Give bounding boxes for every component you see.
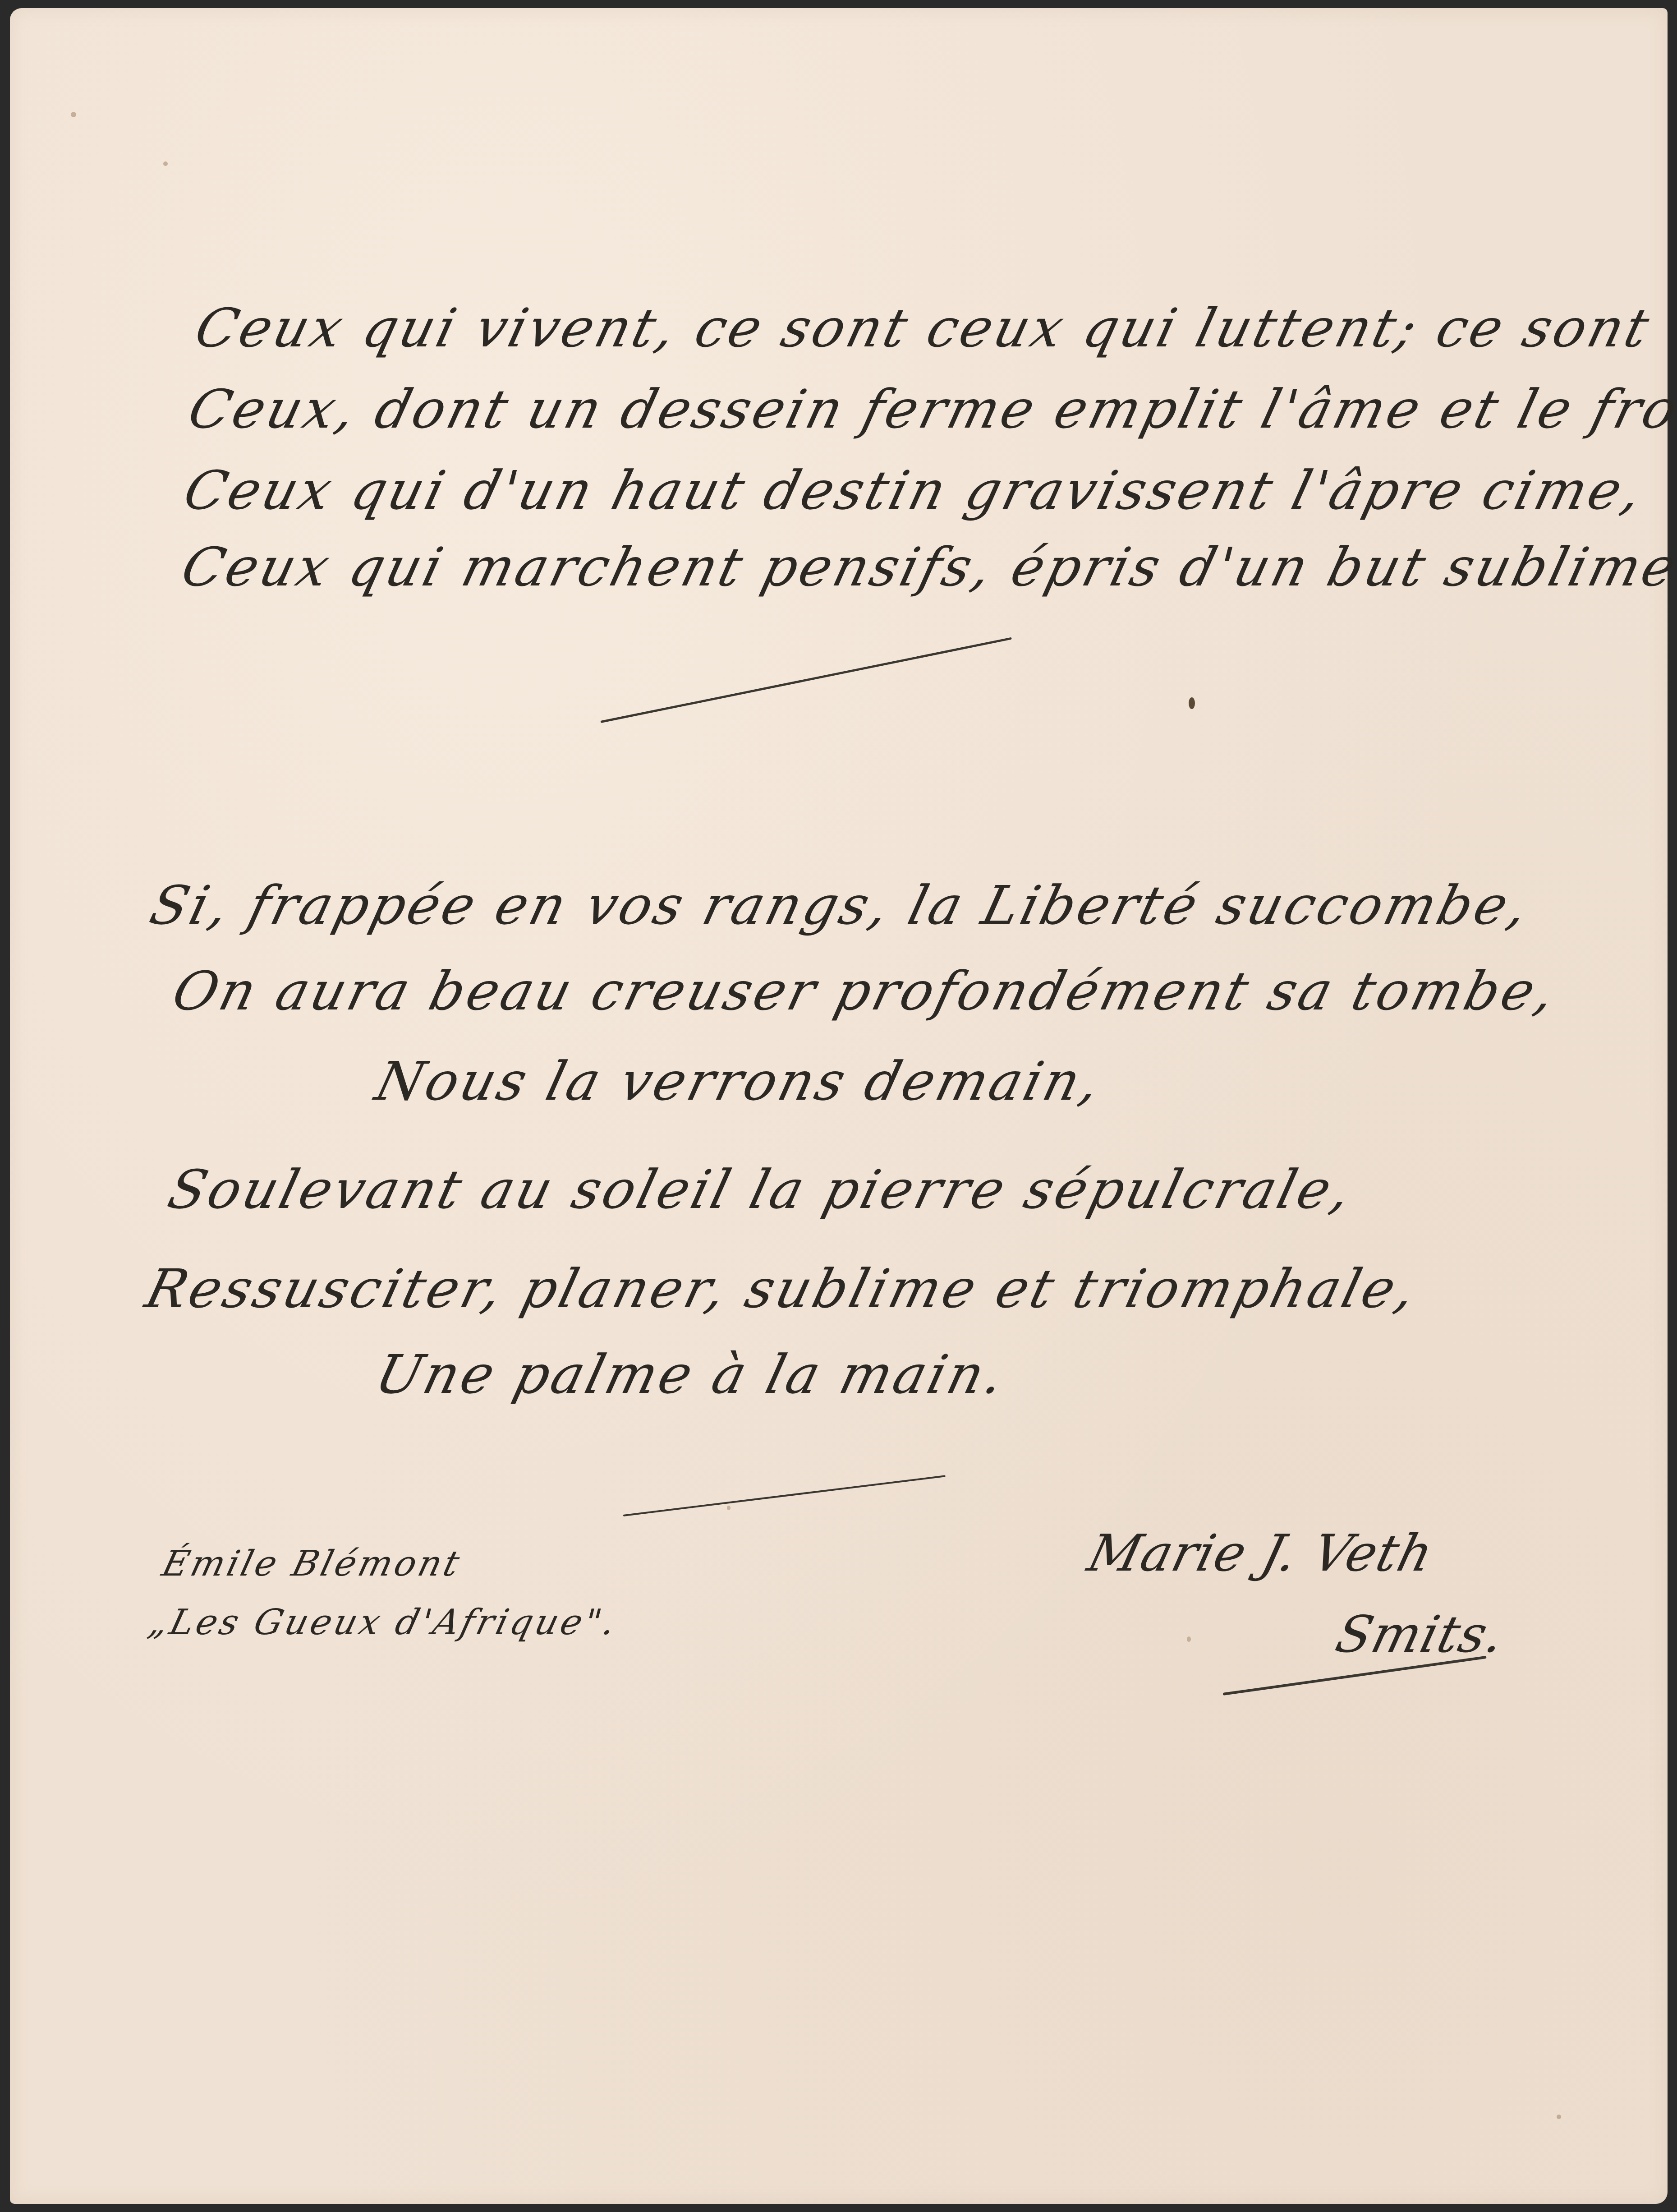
poem-line-3: Ceux qui d'un haut destin gravissent l'â… xyxy=(179,464,1649,517)
foxing-spot xyxy=(163,161,168,166)
poem-line-7: Nous la verrons demain, xyxy=(371,1055,1108,1108)
poem-line-2: Ceux, dont un dessein ferme emplit l'âme… xyxy=(184,382,1677,436)
signature-surname: Smits. xyxy=(1331,1609,1510,1660)
source-title: „Les Gueux d'Afrique". xyxy=(145,1605,622,1640)
foxing-spot xyxy=(727,1506,731,1510)
poem-line-10: Une palme à la main. xyxy=(371,1348,1012,1401)
paper-sheet: Ceux qui vivent, ce sont ceux qui lutten… xyxy=(10,8,1668,2204)
signature-name: Marie J. Veth xyxy=(1083,1528,1438,1579)
ink-spot xyxy=(1189,697,1195,709)
poem-line-6: On aura beau creuser profondément sa tom… xyxy=(168,964,1562,1018)
foxing-spot xyxy=(1187,1636,1191,1642)
foxing-spot xyxy=(71,112,76,117)
poem-line-5: Si, frappée en vos rangs, la Liberté suc… xyxy=(145,879,1535,932)
foxing-spot xyxy=(1557,2115,1561,2119)
separator-line xyxy=(623,1475,946,1516)
author-name: Émile Blémont xyxy=(159,1546,465,1581)
poem-line-9: Ressusciter, planer, sublime et triompha… xyxy=(141,1262,1423,1315)
separator-line xyxy=(601,637,1012,723)
poem-line-4: Ceux qui marchent pensifs, épris d'un bu… xyxy=(177,540,1677,594)
poem-line-8: Soulevant au soleil la pierre sépulcrale… xyxy=(163,1163,1359,1216)
poem-line-1: Ceux qui vivent, ce sont ceux qui lutten… xyxy=(190,301,1657,355)
